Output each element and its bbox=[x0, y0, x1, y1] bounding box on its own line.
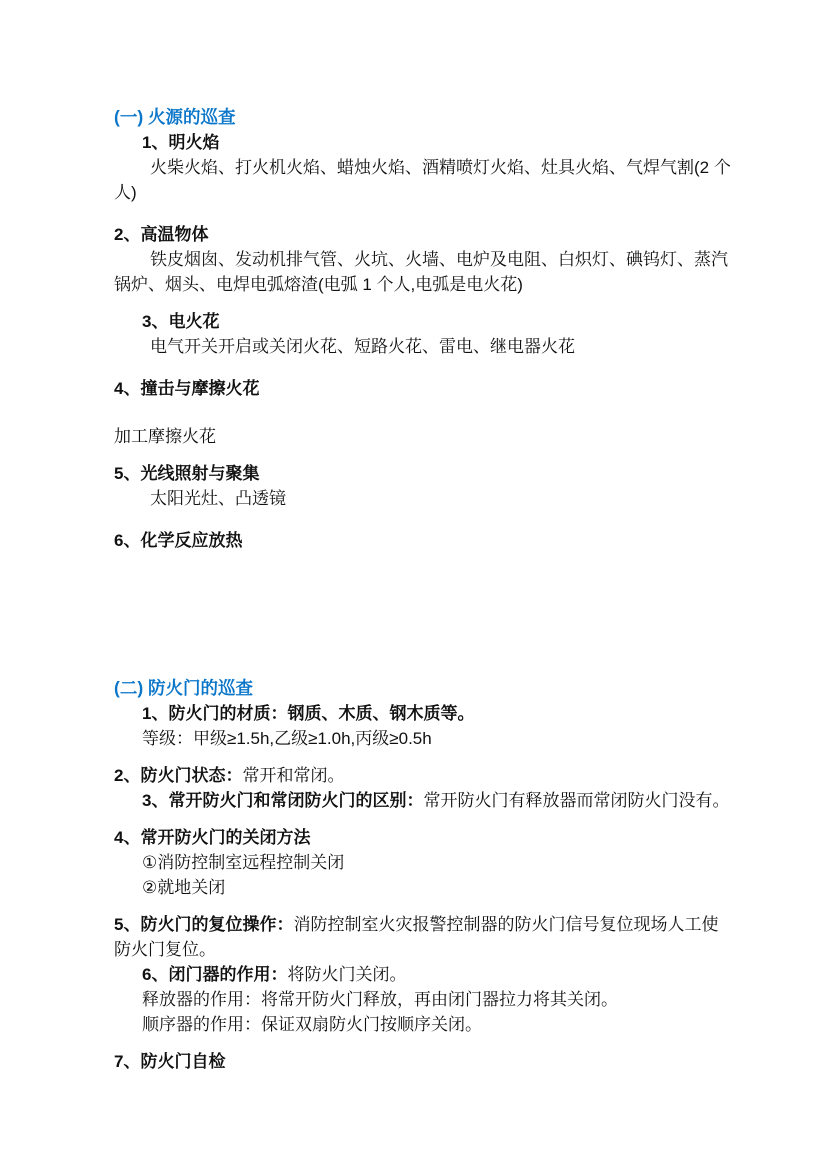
text-line: 等级：甲级≥1.5h,乙级≥1.0h,丙级≥0.5h bbox=[114, 726, 730, 751]
body-text: 电气开关开启或关闭火花、短路火花、雷电、继电器火花 bbox=[150, 337, 575, 356]
text-line: ①消防控制室远程控制关闭 bbox=[114, 850, 730, 875]
text-line: 3、常开防火门和常闭防火门的区别：常开防火门有释放器而常闭防火门没有。 bbox=[114, 788, 730, 813]
text-line: 电气开关开启或关闭火花、短路火花、雷电、继电器火花 bbox=[114, 334, 730, 359]
section-title: (一) 火源的巡查 bbox=[114, 105, 730, 130]
text-line: 顺序器的作用：保证双扇防火门按顺序关闭。 bbox=[114, 1012, 730, 1037]
text-line: 4、常开防火门的关闭方法 bbox=[114, 825, 730, 850]
bold-text: 3、电火花 bbox=[142, 312, 219, 331]
body-text: 加工摩擦火花 bbox=[114, 427, 216, 446]
body-text: 锅炉、烟头、电焊电弧熔渣(电弧 1 个人,电弧是电火花) bbox=[114, 275, 523, 294]
bold-text: 6、化学反应放热 bbox=[114, 531, 242, 550]
body-text: 常开和常闭。 bbox=[242, 766, 344, 785]
text-line: 锅炉、烟头、电焊电弧熔渣(电弧 1 个人,电弧是电火花) bbox=[114, 272, 730, 297]
bold-text: 4、常开防火门的关闭方法 bbox=[114, 828, 310, 847]
bold-text: 5、光线照射与聚集 bbox=[114, 464, 259, 483]
text-line: 太阳光灶、凸透镜 bbox=[114, 486, 730, 511]
text-line: 释放器的作用：将常开防火门释放，再由闭门器拉力将其关闭。 bbox=[114, 987, 730, 1012]
bold-text: 3、常开防火门和常闭防火门的区别： bbox=[142, 791, 423, 810]
body-text: 常开防火门有释放器而常闭防火门没有。 bbox=[423, 791, 729, 810]
bold-text: 4、撞击与摩擦火花 bbox=[114, 379, 259, 398]
document-page: (一) 火源的巡查1、明火焰火柴火焰、打火机火焰、蜡烛火焰、酒精喷灯火焰、灶具火… bbox=[0, 0, 826, 1169]
text-line: 铁皮烟囱、发动机排气管、火坑、火墙、电炉及电阻、白炽灯、碘钨灯、蒸汽 bbox=[114, 247, 730, 272]
body-text: 铁皮烟囱、发动机排气管、火坑、火墙、电炉及电阻、白炽灯、碘钨灯、蒸汽 bbox=[150, 250, 728, 269]
bold-text: 6、闭门器的作用： bbox=[142, 965, 287, 984]
text-line: 7、防火门自检 bbox=[114, 1049, 730, 1074]
body-text: 消防控制室火灾报警控制器的防火门信号复位现场人工使 bbox=[293, 915, 718, 934]
text-line: 3、电火花 bbox=[114, 309, 730, 334]
body-text: 火柴火焰、打火机火焰、蜡烛火焰、酒精喷灯火焰、灶具火焰、气焊气割(2 个 bbox=[150, 158, 731, 177]
body-text: 太阳光灶、凸透镜 bbox=[150, 489, 286, 508]
body-text: 顺序器的作用：保证双扇防火门按顺序关闭。 bbox=[142, 1015, 482, 1034]
section: (一) 火源的巡查1、明火焰火柴火焰、打火机火焰、蜡烛火焰、酒精喷灯火焰、灶具火… bbox=[114, 105, 730, 553]
section: (二) 防火门的巡查1、防火门的材质：钢质、木质、钢木质等。等级：甲级≥1.5h… bbox=[114, 676, 730, 1074]
body-text: 释放器的作用：将常开防火门释放，再由闭门器拉力将其关闭。 bbox=[142, 990, 618, 1009]
bold-text: 2、高温物体 bbox=[114, 225, 208, 244]
bold-text: 2、防火门状态： bbox=[114, 766, 242, 785]
bold-text: 1、防火门的材质：钢质、木质、钢木质等。 bbox=[142, 704, 474, 723]
bold-text: 5、防火门的复位操作： bbox=[114, 915, 293, 934]
body-text: 等级：甲级≥1.5h,乙级≥1.0h,丙级≥0.5h bbox=[142, 729, 432, 748]
text-line: 6、闭门器的作用：将防火门关闭。 bbox=[114, 962, 730, 987]
text-line: 5、防火门的复位操作：消防控制室火灾报警控制器的防火门信号复位现场人工使 bbox=[114, 912, 730, 937]
text-line: 人) bbox=[114, 180, 730, 205]
text-line: ②就地关闭 bbox=[114, 875, 730, 900]
body-text: 将防火门关闭。 bbox=[287, 965, 406, 984]
section-title: (二) 防火门的巡查 bbox=[114, 676, 730, 701]
text-line: 2、高温物体 bbox=[114, 222, 730, 247]
text-line: 加工摩擦火花 bbox=[114, 424, 730, 449]
text-line: 4、撞击与摩擦火花 bbox=[114, 376, 730, 401]
bold-text: 1、明火焰 bbox=[142, 133, 219, 152]
text-line: 防火门复位。 bbox=[114, 937, 730, 962]
body-text: ①消防控制室远程控制关闭 bbox=[142, 853, 344, 872]
bold-text: 7、防火门自检 bbox=[114, 1052, 225, 1071]
text-line: 1、防火门的材质：钢质、木质、钢木质等。 bbox=[114, 701, 730, 726]
text-line: 1、明火焰 bbox=[114, 130, 730, 155]
body-text: 防火门复位。 bbox=[114, 940, 216, 959]
text-line: 6、化学反应放热 bbox=[114, 528, 730, 553]
body-text: ②就地关闭 bbox=[142, 878, 225, 897]
text-line: 5、光线照射与聚集 bbox=[114, 461, 730, 486]
text-line: 2、防火门状态：常开和常闭。 bbox=[114, 763, 730, 788]
text-line: 火柴火焰、打火机火焰、蜡烛火焰、酒精喷灯火焰、灶具火焰、气焊气割(2 个 bbox=[114, 155, 730, 180]
body-text: 人) bbox=[114, 183, 137, 202]
